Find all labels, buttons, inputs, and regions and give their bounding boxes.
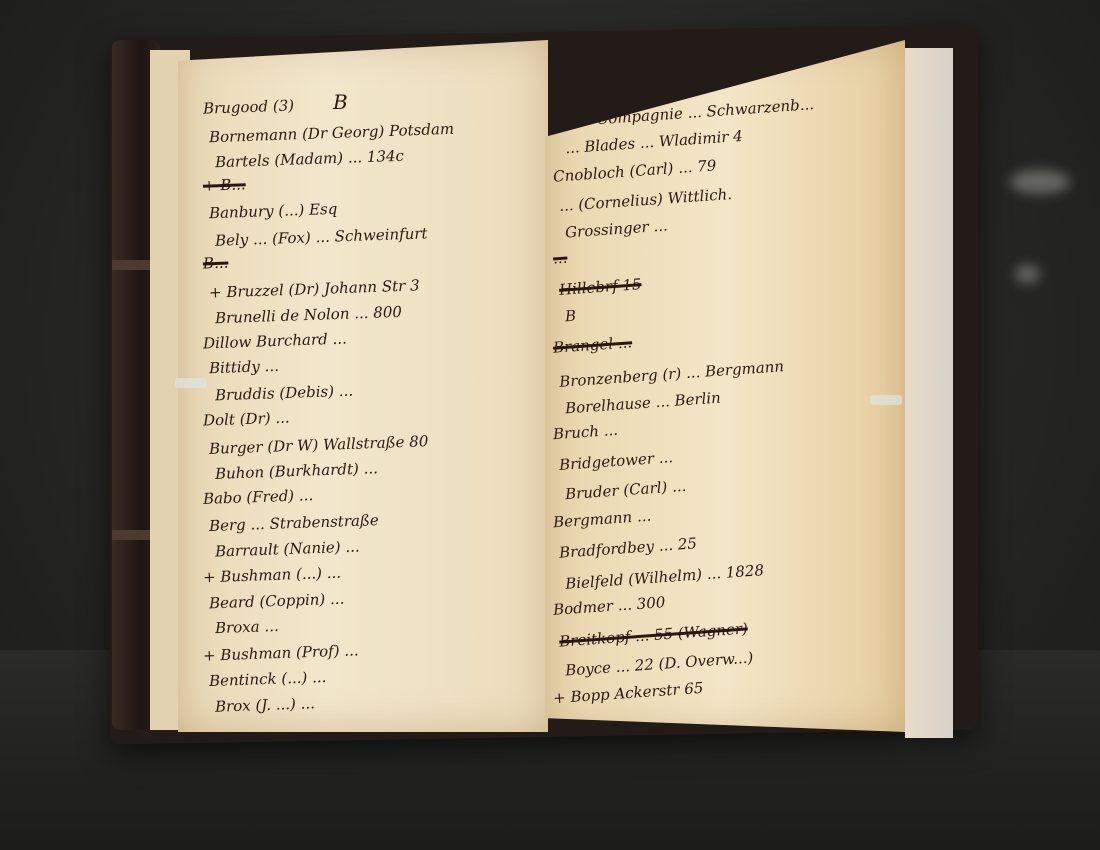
handwritten-entry: Berg ... Strabenstraße [209, 511, 379, 535]
handwritten-entry: Barrault (Nanie) ... [215, 537, 360, 560]
handwritten-entry: Beard (Coppin) ... [209, 590, 345, 613]
page-stack-right [905, 48, 953, 738]
handwritten-entry: Bergmann ... [552, 507, 651, 532]
handwritten-entry: Bronzenberg (r) ... Bergmann [559, 357, 785, 391]
handwritten-entry: Broxa ... [215, 617, 279, 637]
handwritten-entry: Bradfordbey ... 25 [559, 534, 698, 562]
section-letter: B [333, 90, 348, 114]
handwritten-entry: Bartels (Madam) ... 134c [215, 147, 404, 172]
handwritten-entry: Bridgetower ... [559, 448, 674, 474]
handwritten-entry: Bodmer ... 300 [553, 593, 666, 619]
right-page: ...Hahn (Dr) ... 45...de Compagnie ... S… [545, 40, 905, 732]
handwritten-entry: B... [203, 254, 229, 273]
handwritten-entry: + Bushman (...) ... [203, 564, 342, 587]
handwritten-entry: Buhon (Burkhardt) ... [215, 459, 378, 483]
handwritten-entry: Boyce ... 22 (D. Overw...) [565, 648, 754, 679]
handwritten-entry: Brox (J. ...) ... [215, 694, 315, 715]
handwritten-entry: + Bopp Ackerstr 65 [553, 679, 704, 707]
handwritten-entry: Cnobloch (Carl) ... 79 [553, 156, 717, 185]
handwritten-entry: + Bruzzel (Dr) Johann Str 3 [209, 276, 420, 301]
handwritten-entry: + B... [203, 175, 246, 194]
handwritten-entry: Brugood (3) [203, 96, 295, 117]
glass-reflection [1010, 170, 1070, 194]
handwritten-entry: Bittidy ... [209, 357, 279, 377]
display-clip-right [870, 395, 902, 405]
handwritten-entry: Breitkopf ... 55 (Wagner) [559, 619, 749, 650]
handwritten-entry: Hillebrf 15 [558, 275, 642, 299]
handwritten-entry: Bentinck (...) ... [209, 668, 327, 690]
handwritten-entry: Brunelli de Nolon ... 800 [215, 303, 402, 328]
glass-reflection [1015, 265, 1040, 283]
handwritten-entry: ... [552, 249, 568, 268]
handwritten-entry: ... (Cornelius) Wittlich. [559, 185, 733, 215]
display-clip-left [175, 378, 207, 388]
handwritten-entry: Burger (Dr W) Wallstraße 80 [209, 432, 429, 458]
left-page: B Brugood (3)Bornemann (Dr Georg) Potsda… [178, 40, 548, 732]
handwritten-entry: Borelhause ... Berlin [565, 389, 722, 418]
handwritten-entry: ... Blades ... Wladimir 4 [565, 127, 744, 157]
handwritten-entry: Bruddis (Debis) ... [215, 382, 354, 405]
handwritten-entry: Bielfeld (Wilhelm) ... 1828 [565, 561, 765, 593]
handwritten-entry: Babo (Fred) ... [203, 486, 314, 508]
handwritten-entry: B [564, 307, 576, 326]
handwritten-entry: + Bushman (Prof) ... [203, 641, 359, 664]
handwritten-entry: Grossinger ... [564, 216, 668, 241]
handwritten-entry: Bruder (Carl) ... [565, 477, 687, 503]
handwritten-entry: Bornemann (Dr Georg) Potsdam [209, 120, 455, 147]
handwritten-entry: Dillow Burchard ... [203, 329, 347, 352]
handwritten-entry: Brangel ... [552, 333, 632, 356]
handwritten-entry: Dolt (Dr) ... [203, 408, 290, 429]
handwritten-entry: Banbury (...) Esq [209, 200, 338, 222]
handwritten-entry: Bruch ... [552, 421, 618, 443]
handwritten-entry: Bely ... (Fox) ... Schweinfurt [215, 224, 428, 249]
